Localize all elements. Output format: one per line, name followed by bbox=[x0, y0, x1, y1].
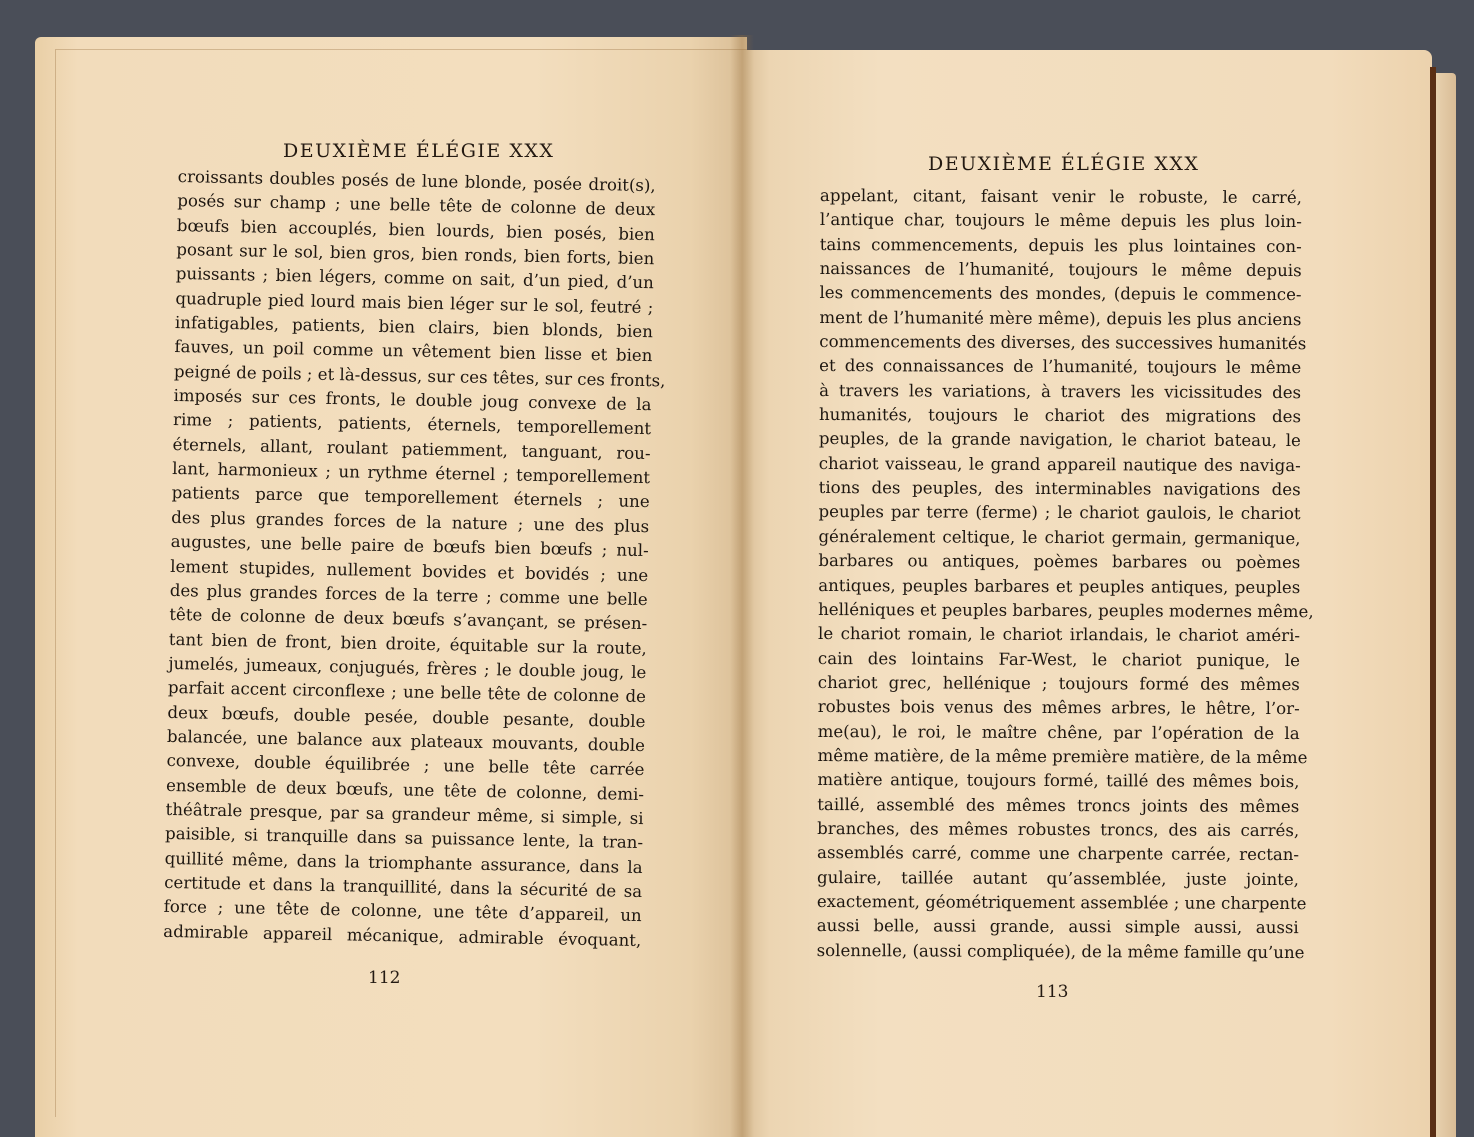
left-running-head: DEUXIÈME ÉLÉGIE XXX bbox=[283, 140, 554, 162]
text-line: tions des peuples, des interminables nav… bbox=[819, 476, 1301, 502]
text-line: commencements des diverses, des successi… bbox=[819, 330, 1301, 356]
right-page-body: appelant, citant, faisant venir le robus… bbox=[817, 184, 1302, 965]
text-line: peuples, de la grande navigation, le cha… bbox=[819, 427, 1301, 453]
text-line: les commencements des mondes, (depuis le… bbox=[819, 281, 1301, 307]
book-spine-gutter bbox=[730, 35, 754, 1137]
text-line: généralement celtique, le chariot germai… bbox=[818, 525, 1300, 551]
text-line: me(au), le roi, le maître chêne, par l’o… bbox=[818, 720, 1300, 746]
text-line: à travers les variations, à travers les … bbox=[819, 379, 1301, 405]
right-running-head: DEUXIÈME ÉLÉGIE XXX bbox=[928, 153, 1199, 175]
text-line: aussi belle, aussi grande, aussi simple … bbox=[817, 914, 1299, 940]
right-page-number: 113 bbox=[1036, 982, 1068, 1002]
text-line: l’antique char, toujours le même depuis … bbox=[820, 208, 1302, 234]
text-line: chariot vaisseau, le grand appareil naut… bbox=[819, 452, 1301, 478]
text-line: antiques, peuples barbares et peuples an… bbox=[818, 573, 1300, 599]
left-page-number: 112 bbox=[368, 968, 400, 988]
text-line: exactement, géométriquement assemblée ; … bbox=[817, 890, 1299, 916]
text-line: même matière, de la même première matièr… bbox=[817, 744, 1299, 770]
text-line: appelant, citant, faisant venir le robus… bbox=[820, 184, 1302, 210]
text-line: le chariot romain, le chariot irlandais,… bbox=[818, 622, 1300, 648]
fore-edge-pages bbox=[1436, 73, 1456, 1137]
text-line: matière antique, toujours formé, taillé … bbox=[817, 768, 1299, 794]
text-line: gulaire, taillée autant qu’assemblée, ju… bbox=[817, 866, 1299, 892]
text-line: humanités, toujours le chariot des migra… bbox=[819, 403, 1301, 429]
text-line: robustes bois venus des mêmes arbres, le… bbox=[818, 695, 1300, 721]
left-page-body: croissants doubles posés de lune blonde,… bbox=[163, 165, 656, 953]
text-line: tains commencements, depuis les plus loi… bbox=[820, 233, 1302, 259]
text-line: naissances de l’humanité, toujours le mê… bbox=[820, 257, 1302, 283]
text-line: chariot grec, hellénique ; toujours form… bbox=[818, 671, 1300, 697]
text-line: cain des lointains Far-West, le chariot … bbox=[818, 647, 1300, 673]
text-line: peuples par terre (ferme) ; le chariot g… bbox=[819, 500, 1301, 526]
text-line: branches, des mêmes robustes troncs, des… bbox=[817, 817, 1299, 843]
text-line: barbares ou antiques, poèmes barbares ou… bbox=[818, 549, 1300, 575]
text-line: solennelle, (aussi compliquée), de la mê… bbox=[817, 939, 1299, 965]
text-line: taillé, assemblé des mêmes troncs joints… bbox=[817, 793, 1299, 819]
text-line: helléniques et peuples barbares, peuples… bbox=[818, 598, 1300, 624]
text-line: assemblés carré, comme une charpente car… bbox=[817, 841, 1299, 867]
text-line: ment de l’humanité mère même), depuis le… bbox=[819, 306, 1301, 332]
text-line: et des connaissances de l’humanité, touj… bbox=[819, 354, 1301, 380]
